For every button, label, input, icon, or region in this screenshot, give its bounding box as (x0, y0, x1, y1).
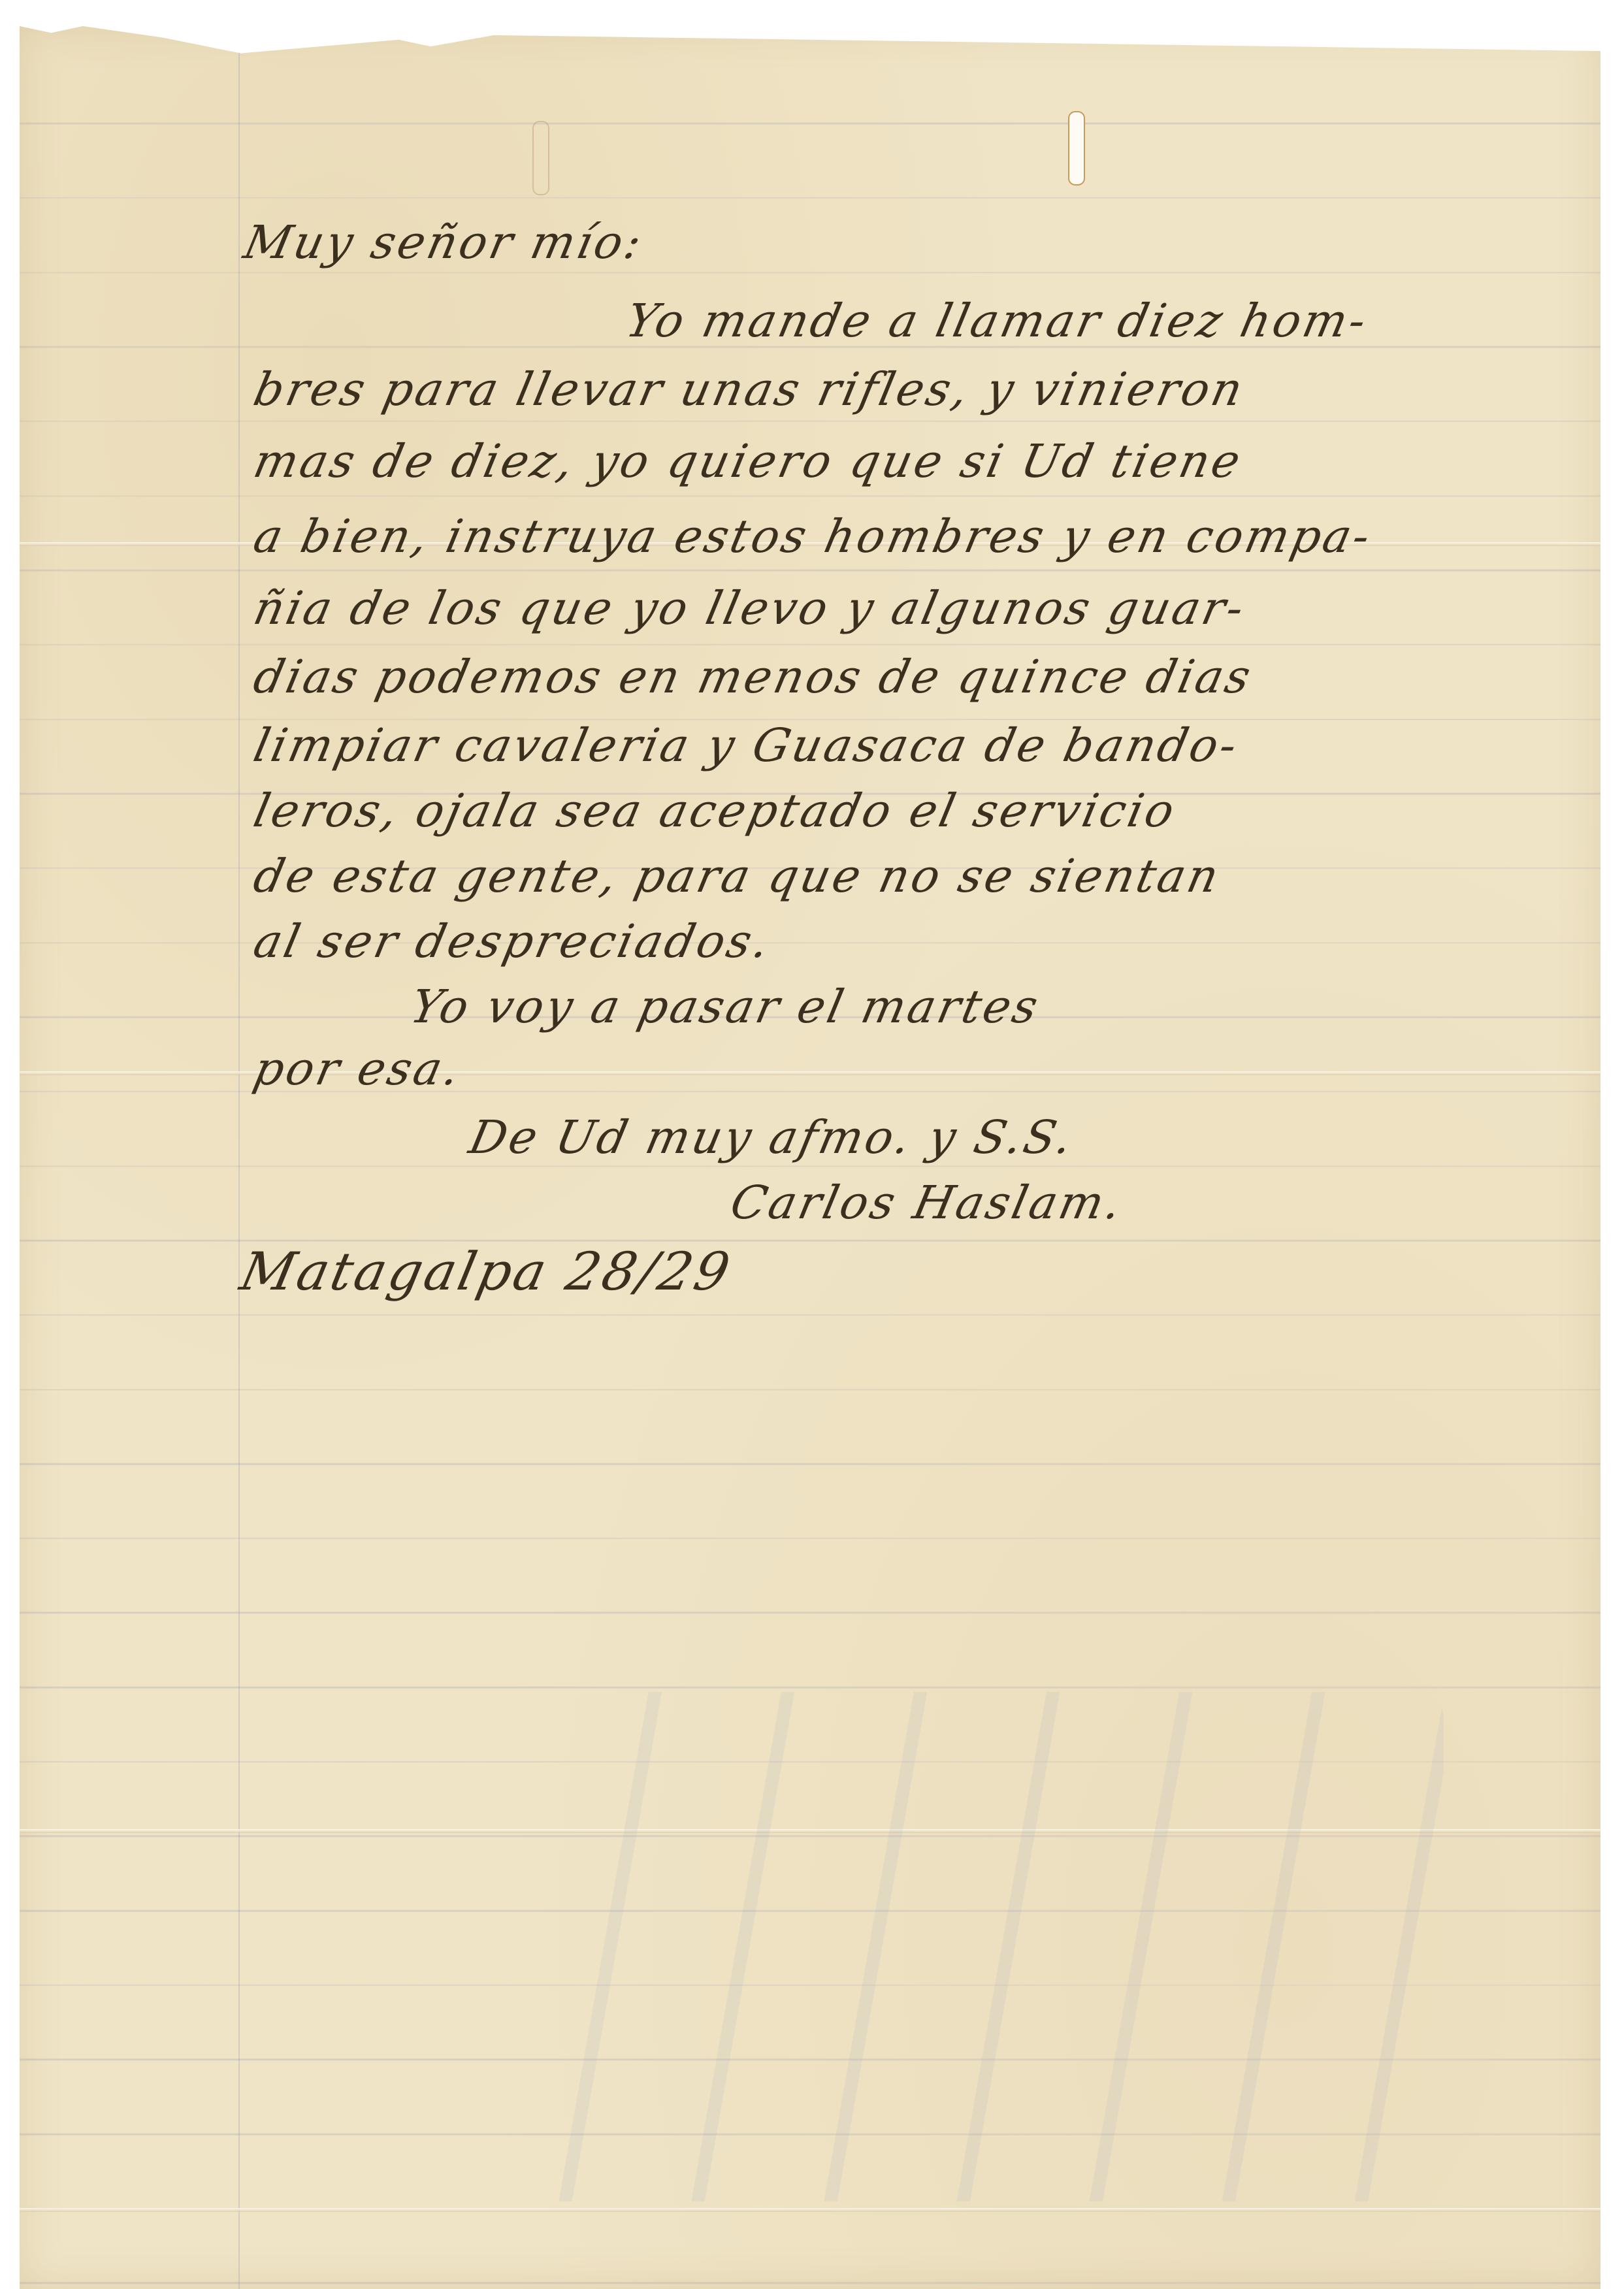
body-line: limpiar cavaleria y Guasaca de bando- (249, 719, 1244, 772)
body-line: Yo voy a pasar el martes (406, 980, 1045, 1033)
closing: De Ud muy afmo. y S.S. (464, 1111, 1079, 1164)
salutation: Muy señor mío: (239, 216, 649, 269)
body-line: de esta gente, para que no se sientan (249, 849, 1226, 903)
place-date: Matagalpa 28/29 (235, 1241, 738, 1302)
paper-fold (20, 2208, 1600, 2212)
punch-hole-icon (532, 121, 549, 195)
letter-sheet: Muy señor mío: Yo mande a llamar diez ho… (20, 26, 1600, 2289)
body-line: al ser despreciados. (249, 915, 776, 968)
body-line: Yo mande a llamar diez hom- (621, 294, 1373, 348)
body-line: leros, ojala sea aceptado el servicio (249, 784, 1181, 837)
signature: Carlos Haslam. (726, 1176, 1128, 1229)
body-line: mas de diez, yo quiero que si Ud tiene (249, 434, 1247, 488)
body-line: dias podemos en menos de quince dias (249, 650, 1258, 704)
body-line: bres para llevar unas rifles, y vinieron (249, 363, 1250, 416)
ink-show-through (529, 1692, 1444, 2201)
body-line: por esa. (249, 1042, 466, 1096)
punch-hole-icon (1068, 111, 1085, 186)
ruled-margin-line (238, 26, 240, 2289)
body-line: ñia de los que yo llevo y algunos guar- (249, 581, 1251, 635)
body-line: a bien, instruya estos hombres y en comp… (249, 510, 1377, 563)
